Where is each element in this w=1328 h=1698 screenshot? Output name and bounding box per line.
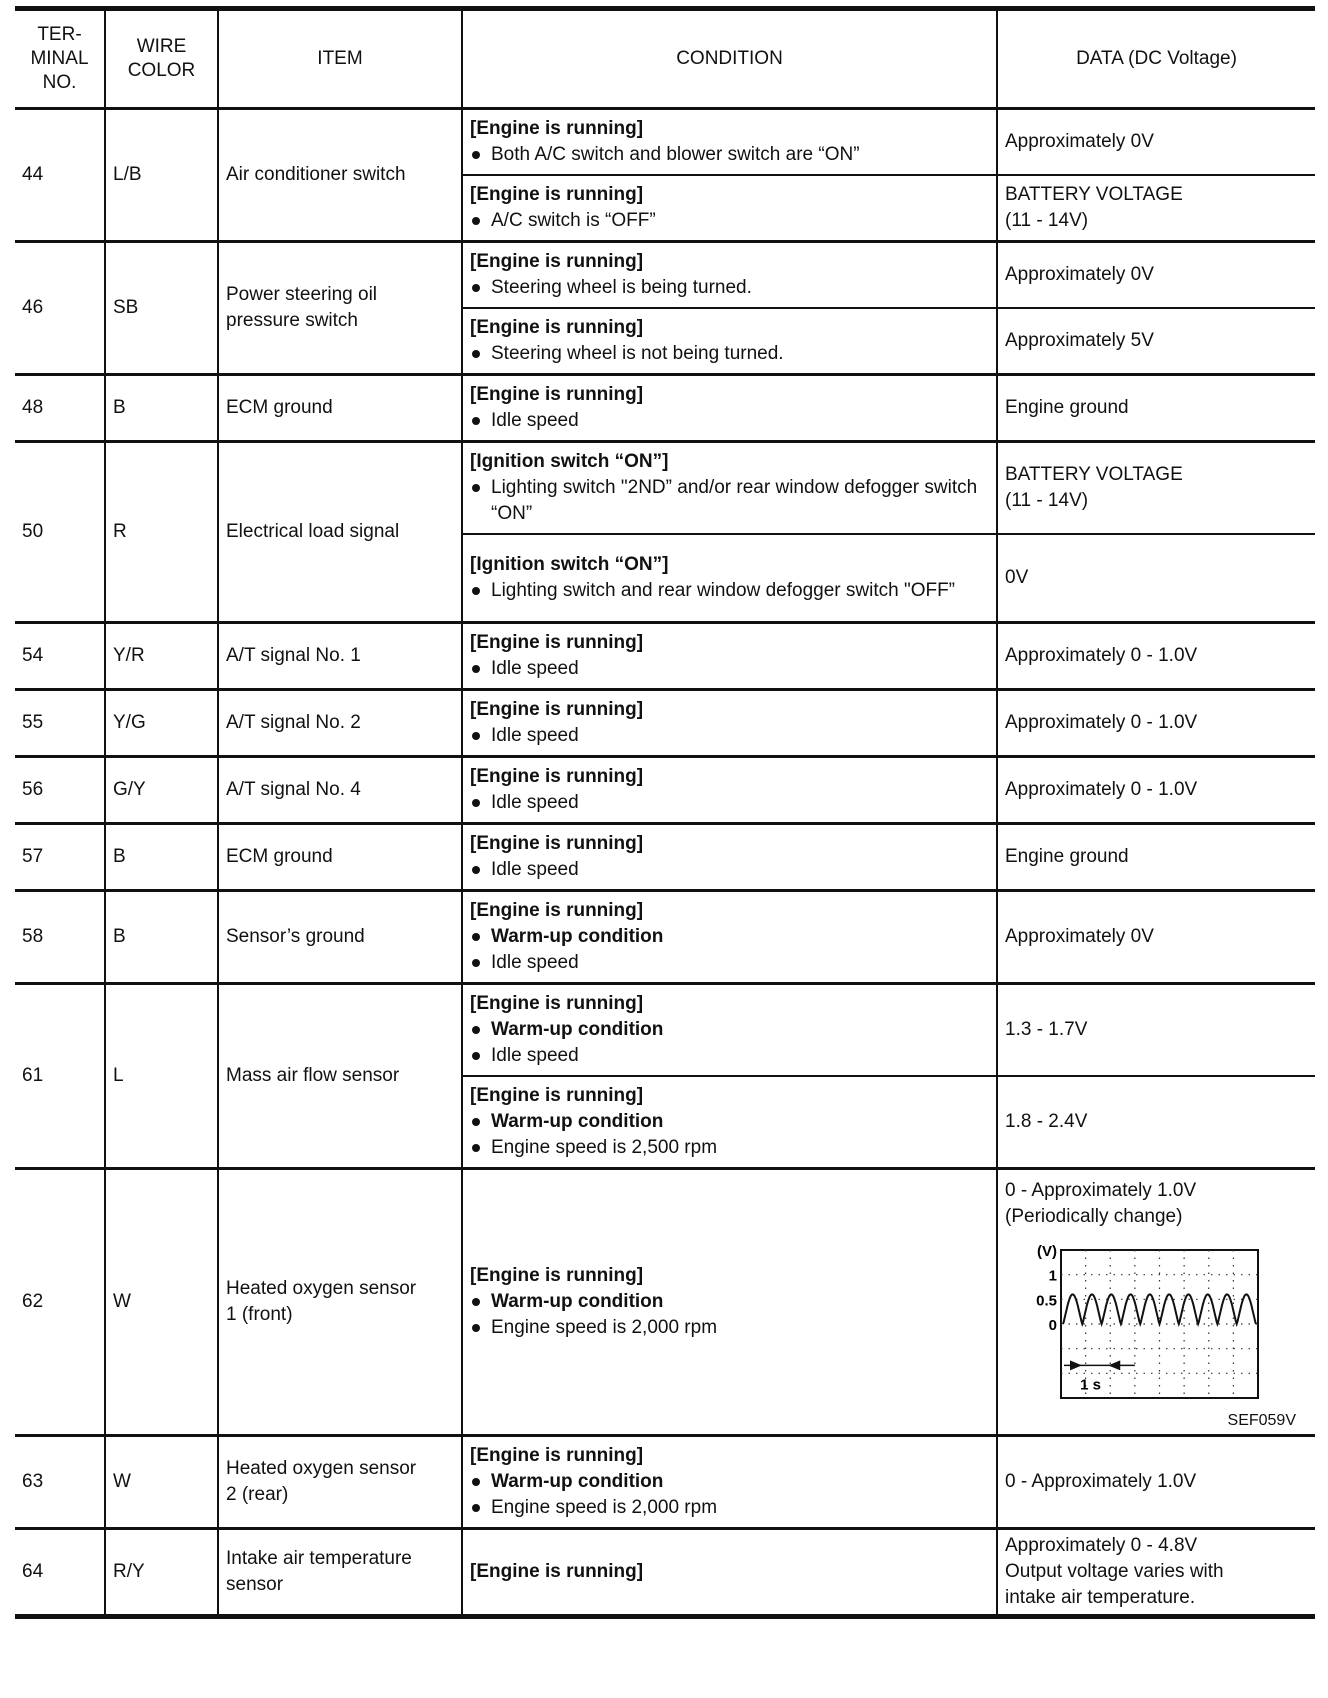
ecm-terminal-table: TER- MINAL NO. WIRE COLOR ITEM CONDITION… (15, 6, 1315, 1619)
terminal-no: 55 (15, 689, 105, 756)
dc-voltage-data: 0 - Approximately 1.0V(Periodically chan… (997, 1168, 1315, 1435)
bullet-icon (472, 799, 480, 807)
dc-voltage-data: Approximately 0 - 1.0V (997, 756, 1315, 823)
condition-bullet: Engine speed is 2,500 rpm (470, 1135, 989, 1161)
dc-voltage-data: Engine ground (997, 375, 1315, 442)
condition-heading: [Ignition switch “ON”] (470, 552, 989, 578)
table-row: 61LMass air flow sensor[Engine is runnin… (15, 983, 1315, 1076)
terminal-group-48: 48BECM ground[Engine is running]Idle spe… (15, 375, 1315, 442)
wire-color: SB (105, 242, 218, 375)
condition: [Engine is running]Warm-up conditionEngi… (462, 1076, 997, 1169)
header-item: ITEM (218, 9, 462, 109)
condition-heading: [Engine is running] (470, 116, 989, 142)
condition: [Engine is running]Warm-up conditionIdle… (462, 890, 997, 983)
condition-bullet: Engine speed is 2,000 rpm (470, 1315, 989, 1341)
condition-bullet: Warm-up condition (470, 1017, 989, 1043)
condition: [Engine is running]Steering wheel is bei… (462, 242, 997, 309)
table-row: 54Y/RA/T signal No. 1[Engine is running]… (15, 622, 1315, 689)
header-data: DATA (DC Voltage) (997, 9, 1315, 109)
header-terminal-no: TER- MINAL NO. (15, 9, 105, 109)
dc-voltage-data: BATTERY VOLTAGE(11 - 14V) (997, 175, 1315, 242)
terminal-no: 64 (15, 1528, 105, 1616)
svg-text:0: 0 (1049, 1317, 1057, 1334)
condition-bullet: Idle speed (470, 723, 989, 749)
dc-voltage-data: BATTERY VOLTAGE(11 - 14V) (997, 442, 1315, 535)
terminal-no: 61 (15, 983, 105, 1168)
condition-heading: [Engine is running] (470, 1263, 989, 1289)
condition: [Ignition switch “ON”]Lighting switch "2… (462, 442, 997, 535)
table-row: 57BECM ground[Engine is running]Idle spe… (15, 823, 1315, 890)
condition: [Engine is running]Steering wheel is not… (462, 308, 997, 375)
dc-voltage-data: Approximately 0V (997, 890, 1315, 983)
dc-voltage-data: 0 - Approximately 1.0V (997, 1435, 1315, 1528)
item-name: Sensor’s ground (218, 890, 462, 983)
terminal-group-44: 44L/BAir conditioner switch[Engine is ru… (15, 109, 1315, 242)
item-name: Electrical load signal (218, 442, 462, 623)
condition-heading: [Engine is running] (470, 991, 989, 1017)
condition-bullet: Lighting switch and rear window defogger… (470, 578, 989, 604)
item-name: Power steering oilpressure switch (218, 242, 462, 375)
terminal-group-50: 50RElectrical load signal[Ignition switc… (15, 442, 1315, 623)
wire-color: R (105, 442, 218, 623)
item-name: Heated oxygen sensor1 (front) (218, 1168, 462, 1435)
terminal-no: 56 (15, 756, 105, 823)
condition: [Engine is running]Idle speed (462, 756, 997, 823)
item-name: Air conditioner switch (218, 109, 462, 242)
condition: [Engine is running]Idle speed (462, 622, 997, 689)
condition: [Engine is running]Idle speed (462, 823, 997, 890)
terminal-no: 62 (15, 1168, 105, 1435)
dc-voltage-data: Engine ground (997, 823, 1315, 890)
bullet-icon (472, 1118, 480, 1126)
condition-bullet: Idle speed (470, 857, 989, 883)
condition-heading: [Engine is running] (470, 630, 989, 656)
wire-color: L (105, 983, 218, 1168)
bullet-icon (472, 417, 480, 425)
svg-text:0.5: 0.5 (1036, 1292, 1057, 1309)
wire-color: Y/G (105, 689, 218, 756)
table-row: 46SBPower steering oilpressure switch[En… (15, 242, 1315, 309)
dc-voltage-data: Approximately 0 - 1.0V (997, 689, 1315, 756)
bullet-icon (472, 866, 480, 874)
terminal-no: 46 (15, 242, 105, 375)
table-row: 64R/YIntake air temperaturesensor[Engine… (15, 1528, 1315, 1616)
bullet-icon (472, 1324, 480, 1332)
item-name: A/T signal No. 4 (218, 756, 462, 823)
condition: [Engine is running]Idle speed (462, 689, 997, 756)
table-row: 58BSensor’s ground[Engine is running]War… (15, 890, 1315, 983)
terminal-group-61: 61LMass air flow sensor[Engine is runnin… (15, 983, 1315, 1168)
table-row: 56G/YA/T signal No. 4[Engine is running]… (15, 756, 1315, 823)
condition-bullet: A/C switch is “OFF” (470, 208, 989, 234)
dc-voltage-data: 0V (997, 534, 1315, 622)
condition: [Engine is running]A/C switch is “OFF” (462, 175, 997, 242)
dc-voltage-data: Approximately 5V (997, 308, 1315, 375)
terminal-group-57: 57BECM ground[Engine is running]Idle spe… (15, 823, 1315, 890)
condition-heading: [Engine is running] (470, 1083, 989, 1109)
bullet-icon (472, 1026, 480, 1034)
condition: [Engine is running]Idle speed (462, 375, 997, 442)
wire-color: G/Y (105, 756, 218, 823)
terminal-group-64: 64R/YIntake air temperaturesensor[Engine… (15, 1528, 1315, 1616)
wire-color: L/B (105, 109, 218, 242)
condition: [Engine is running]Both A/C switch and b… (462, 109, 997, 176)
bullet-icon (472, 1478, 480, 1486)
wire-color: B (105, 890, 218, 983)
bullet-icon (472, 1504, 480, 1512)
condition-heading: [Engine is running] (470, 898, 989, 924)
condition-heading: [Engine is running] (470, 249, 989, 275)
svg-text:(V): (V) (1037, 1243, 1057, 1260)
bullet-icon (472, 587, 480, 595)
bullet-icon (472, 1052, 480, 1060)
bullet-icon (472, 151, 480, 159)
terminal-no: 63 (15, 1435, 105, 1528)
condition: [Engine is running]Warm-up conditionEngi… (462, 1435, 997, 1528)
terminal-group-56: 56G/YA/T signal No. 4[Engine is running]… (15, 756, 1315, 823)
table-row: 48BECM ground[Engine is running]Idle spe… (15, 375, 1315, 442)
condition-heading: [Ignition switch “ON”] (470, 449, 989, 475)
condition-heading: [Engine is running] (470, 1443, 989, 1469)
terminal-group-62: 62WHeated oxygen sensor1 (front)[Engine … (15, 1168, 1315, 1435)
condition-bullet: Both A/C switch and blower switch are “O… (470, 142, 989, 168)
condition: [Engine is running]Warm-up conditionIdle… (462, 983, 997, 1076)
figure-id: SEF059V (1005, 1408, 1308, 1434)
condition-bullet: Idle speed (470, 950, 989, 976)
condition-bullet: Warm-up condition (470, 1469, 989, 1495)
dc-voltage-data: Approximately 0V (997, 242, 1315, 309)
condition-heading: [Engine is running] (470, 315, 989, 341)
svg-text:1 s: 1 s (1080, 1376, 1101, 1393)
condition: [Engine is running] (462, 1528, 997, 1616)
table-row: 55Y/GA/T signal No. 2[Engine is running]… (15, 689, 1315, 756)
condition-heading: [Engine is running] (470, 182, 989, 208)
condition-bullet: Idle speed (470, 1043, 989, 1069)
item-name: ECM ground (218, 375, 462, 442)
table-row: 62WHeated oxygen sensor1 (front)[Engine … (15, 1168, 1315, 1435)
dc-voltage-data: Approximately 0 - 4.8VOutput voltage var… (997, 1528, 1315, 1616)
bullet-icon (472, 1298, 480, 1306)
terminal-group-55: 55Y/GA/T signal No. 2[Engine is running]… (15, 689, 1315, 756)
bullet-icon (472, 933, 480, 941)
terminal-no: 58 (15, 890, 105, 983)
condition-bullet: Engine speed is 2,000 rpm (470, 1495, 989, 1521)
item-name: ECM ground (218, 823, 462, 890)
terminal-no: 48 (15, 375, 105, 442)
header-wire-color: WIRE COLOR (105, 9, 218, 109)
bullet-icon (472, 1144, 480, 1152)
condition-heading: [Engine is running] (470, 697, 989, 723)
bullet-icon (472, 732, 480, 740)
condition-bullet: Steering wheel is being turned. (470, 275, 989, 301)
condition-bullet: Idle speed (470, 408, 989, 434)
condition: [Engine is running]Warm-up conditionEngi… (462, 1168, 997, 1435)
dc-voltage-data: 1.8 - 2.4V (997, 1076, 1315, 1169)
dc-voltage-data: 1.3 - 1.7V (997, 983, 1315, 1076)
condition-heading: [Engine is running] (470, 382, 989, 408)
condition-bullet: Lighting switch "2ND” and/or rear window… (470, 475, 989, 527)
condition-bullet: Warm-up condition (470, 924, 989, 950)
terminal-group-58: 58BSensor’s ground[Engine is running]War… (15, 890, 1315, 983)
condition-heading: [Engine is running] (470, 764, 989, 790)
table-row: 44L/BAir conditioner switch[Engine is ru… (15, 109, 1315, 176)
terminal-no: 44 (15, 109, 105, 242)
item-name: Mass air flow sensor (218, 983, 462, 1168)
dc-voltage-data: Approximately 0V (997, 109, 1315, 176)
terminal-no: 50 (15, 442, 105, 623)
bullet-icon (472, 959, 480, 967)
condition-heading: [Engine is running] (470, 1559, 989, 1585)
condition: [Ignition switch “ON”]Lighting switch an… (462, 534, 997, 622)
bullet-icon (472, 484, 480, 492)
terminal-no: 54 (15, 622, 105, 689)
wire-color: R/Y (105, 1528, 218, 1616)
wire-color: B (105, 823, 218, 890)
bullet-icon (472, 665, 480, 673)
item-name: Heated oxygen sensor2 (rear) (218, 1435, 462, 1528)
svg-text:1: 1 (1049, 1267, 1057, 1284)
condition-bullet: Warm-up condition (470, 1109, 989, 1135)
wire-color: B (105, 375, 218, 442)
terminal-group-46: 46SBPower steering oilpressure switch[En… (15, 242, 1315, 375)
table-row: 63WHeated oxygen sensor2 (rear)[Engine i… (15, 1435, 1315, 1528)
dc-voltage-data: Approximately 0 - 1.0V (997, 622, 1315, 689)
terminal-group-54: 54Y/RA/T signal No. 1[Engine is running]… (15, 622, 1315, 689)
condition-bullet: Idle speed (470, 790, 989, 816)
condition-bullet: Warm-up condition (470, 1289, 989, 1315)
terminal-no: 57 (15, 823, 105, 890)
bullet-icon (472, 217, 480, 225)
item-name: Intake air temperaturesensor (218, 1528, 462, 1616)
wire-color: Y/R (105, 622, 218, 689)
bullet-icon (472, 284, 480, 292)
bullet-icon (472, 350, 480, 358)
header-condition: CONDITION (462, 9, 997, 109)
item-name: A/T signal No. 2 (218, 689, 462, 756)
condition-bullet: Steering wheel is not being turned. (470, 341, 989, 367)
table-header-row: TER- MINAL NO. WIRE COLOR ITEM CONDITION… (15, 9, 1315, 109)
table-row: 50RElectrical load signal[Ignition switc… (15, 442, 1315, 535)
oscilloscope-waveform: (V)10.501 s (1005, 1238, 1308, 1408)
wire-color: W (105, 1168, 218, 1435)
condition-bullet: Idle speed (470, 656, 989, 682)
item-name: A/T signal No. 1 (218, 622, 462, 689)
terminal-group-63: 63WHeated oxygen sensor2 (rear)[Engine i… (15, 1435, 1315, 1528)
wire-color: W (105, 1435, 218, 1528)
condition-heading: [Engine is running] (470, 831, 989, 857)
